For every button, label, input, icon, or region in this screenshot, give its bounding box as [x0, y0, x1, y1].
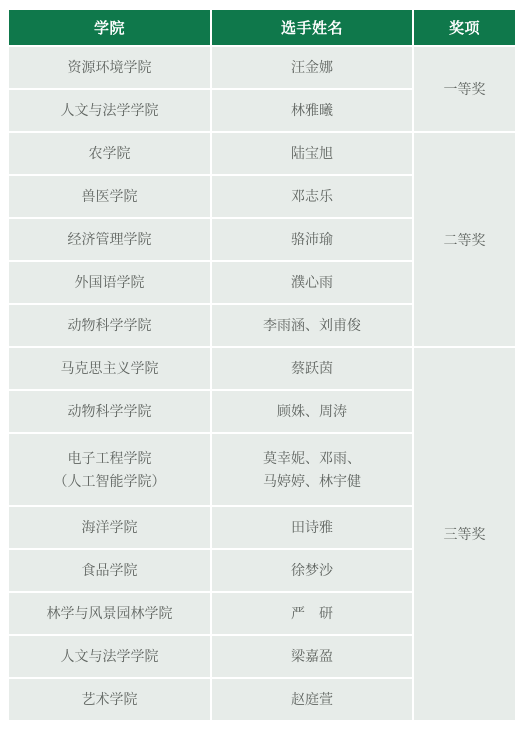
name-cell: 莫幸妮、邓雨、马婷婷、林宇健 [212, 434, 412, 505]
college-name: 资源环境学院 [9, 56, 210, 79]
college-cell: 马克思主义学院 [9, 348, 210, 389]
name-cell: 田诗雅 [212, 507, 412, 548]
contestant-name: 蔡跃茵 [212, 357, 412, 380]
name-cell: 濮心雨 [212, 262, 412, 303]
college-cell: 林学与风景园林学院 [9, 593, 210, 634]
college-cell: 人文与法学学院 [9, 90, 210, 131]
table-row: 马克思主义学院蔡跃茵三等奖 [9, 348, 515, 389]
contestant-name: 顾姝、周涛 [212, 400, 412, 423]
name-cell: 骆沛瑜 [212, 219, 412, 260]
name-cell: 汪金娜 [212, 47, 412, 88]
college-cell: 外国语学院 [9, 262, 210, 303]
college-name: 人文与法学学院 [9, 99, 210, 122]
college-cell: 电子工程学院（人工智能学院） [9, 434, 210, 505]
college-name: 外国语学院 [9, 271, 210, 294]
college-cell: 海洋学院 [9, 507, 210, 548]
column-header-college: 学院 [9, 10, 210, 45]
college-name: 电子工程学院 [9, 447, 210, 470]
name-cell: 严 研 [212, 593, 412, 634]
contestant-name: 梁嘉盈 [212, 645, 412, 668]
award-cell: 一等奖 [414, 47, 515, 131]
college-name: 人文与法学学院 [9, 645, 210, 668]
college-cell: 艺术学院 [9, 679, 210, 720]
name-cell: 赵庭萱 [212, 679, 412, 720]
contestant-name: 赵庭萱 [212, 688, 412, 711]
college-name: 兽医学院 [9, 185, 210, 208]
name-cell: 徐梦沙 [212, 550, 412, 591]
contestant-name: 骆沛瑜 [212, 228, 412, 251]
college-name: 农学院 [9, 142, 210, 165]
college-name: （人工智能学院） [9, 470, 210, 493]
contestant-name: 严 研 [212, 602, 412, 625]
college-name: 马克思主义学院 [9, 357, 210, 380]
name-cell: 顾姝、周涛 [212, 391, 412, 432]
college-cell: 兽医学院 [9, 176, 210, 217]
college-name: 动物科学学院 [9, 314, 210, 337]
college-name: 经济管理学院 [9, 228, 210, 251]
table-header-row: 学院选手姓名奖项 [9, 10, 515, 45]
college-cell: 食品学院 [9, 550, 210, 591]
column-header-name: 选手姓名 [212, 10, 412, 45]
college-cell: 动物科学学院 [9, 305, 210, 346]
college-name: 林学与风景园林学院 [9, 602, 210, 625]
contestant-name: 邓志乐 [212, 185, 412, 208]
name-cell: 梁嘉盈 [212, 636, 412, 677]
contestant-name: 马婷婷、林宇健 [212, 470, 412, 493]
contestant-name: 田诗雅 [212, 516, 412, 539]
college-name: 动物科学学院 [9, 400, 210, 423]
awards-table: 学院选手姓名奖项 资源环境学院汪金娜一等奖人文与法学学院林雅曦农学院陆宝旭二等奖… [7, 8, 517, 722]
contestant-name: 徐梦沙 [212, 559, 412, 582]
table-row: 农学院陆宝旭二等奖 [9, 133, 515, 174]
name-cell: 陆宝旭 [212, 133, 412, 174]
name-cell: 林雅曦 [212, 90, 412, 131]
table-row: 资源环境学院汪金娜一等奖 [9, 47, 515, 88]
awards-table-page: 学院选手姓名奖项 资源环境学院汪金娜一等奖人文与法学学院林雅曦农学院陆宝旭二等奖… [0, 0, 526, 733]
contestant-name: 林雅曦 [212, 99, 412, 122]
college-cell: 人文与法学学院 [9, 636, 210, 677]
college-name: 艺术学院 [9, 688, 210, 711]
award-cell: 三等奖 [414, 348, 515, 720]
contestant-name: 濮心雨 [212, 271, 412, 294]
college-cell: 农学院 [9, 133, 210, 174]
name-cell: 蔡跃茵 [212, 348, 412, 389]
contestant-name: 莫幸妮、邓雨、 [212, 447, 412, 470]
name-cell: 李雨涵、刘甫俊 [212, 305, 412, 346]
contestant-name: 陆宝旭 [212, 142, 412, 165]
college-cell: 动物科学学院 [9, 391, 210, 432]
college-cell: 资源环境学院 [9, 47, 210, 88]
college-name: 食品学院 [9, 559, 210, 582]
name-cell: 邓志乐 [212, 176, 412, 217]
award-cell: 二等奖 [414, 133, 515, 346]
contestant-name: 李雨涵、刘甫俊 [212, 314, 412, 337]
column-header-award: 奖项 [414, 10, 515, 45]
college-name: 海洋学院 [9, 516, 210, 539]
college-cell: 经济管理学院 [9, 219, 210, 260]
contestant-name: 汪金娜 [212, 56, 412, 79]
